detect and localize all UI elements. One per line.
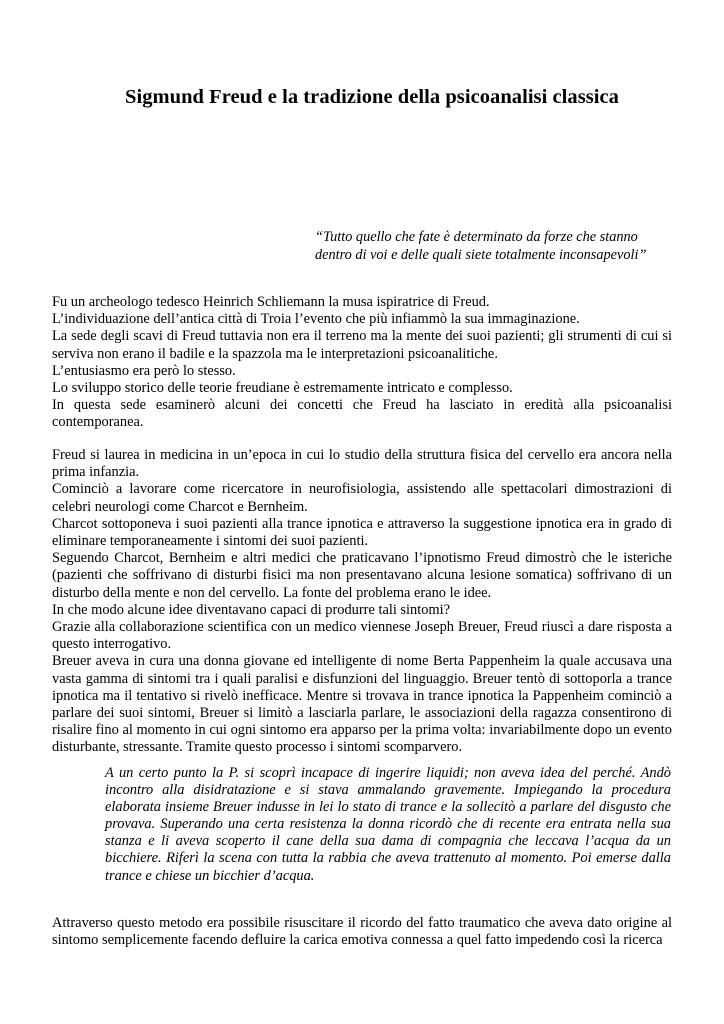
epigraph-line: dentro di voi e delle quali siete totalm…: [315, 246, 695, 264]
epigraph-line: “Tutto quello che fate è determinato da …: [315, 228, 695, 246]
intro-section: Fu un archeologo tedesco Heinrich Schlie…: [52, 294, 672, 432]
paragraph: In questa sede esaminerò alcuni dei conc…: [52, 397, 672, 431]
paragraph: Breuer aveva in cura una donna giovane e…: [52, 653, 672, 756]
paragraph: Fu un archeologo tedesco Heinrich Schlie…: [52, 294, 672, 311]
paragraph: Cominciò a lavorare come ricercatore in …: [52, 481, 672, 515]
paragraph: Charcot sottoponeva i suoi pazienti alla…: [52, 516, 672, 550]
block-quote: A un certo punto la P. si scoprì incapac…: [105, 765, 671, 885]
paragraph: Lo sviluppo storico delle teorie freudia…: [52, 380, 672, 397]
paragraph: In che modo alcune idee diventavano capa…: [52, 602, 672, 619]
paragraph: Attraverso questo metodo era possibile r…: [52, 915, 672, 949]
paragraph: Seguendo Charcot, Bernheim e altri medic…: [52, 550, 672, 602]
paragraph: L’entusiasmo era però lo stesso.: [52, 363, 672, 380]
paragraph: L’individuazione dell’antica città di Tr…: [52, 311, 672, 328]
method-section: Attraverso questo metodo era possibile r…: [52, 915, 672, 949]
paragraph: Freud si laurea in medicina in un’epoca …: [52, 447, 672, 481]
document-title: Sigmund Freud e la tradizione della psic…: [0, 86, 724, 109]
paragraph: Grazie alla collaborazione scientifica c…: [52, 619, 672, 653]
epigraph-quote: “Tutto quello che fate è determinato da …: [315, 228, 695, 264]
history-section: Freud si laurea in medicina in un’epoca …: [52, 447, 672, 757]
paragraph: La sede degli scavi di Freud tuttavia no…: [52, 328, 672, 362]
